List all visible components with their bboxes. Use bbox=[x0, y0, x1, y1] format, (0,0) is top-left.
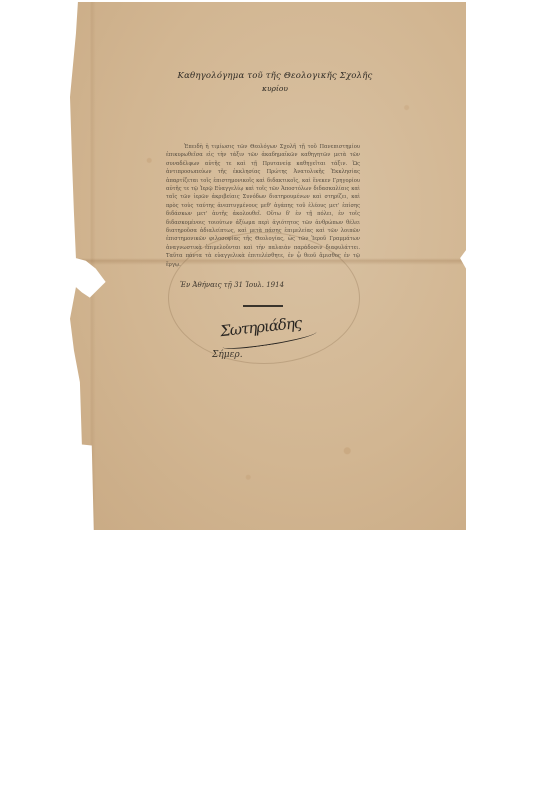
document-title: Καθηγολόγημα τοῦ τῆς Θεολογικῆς Σχολῆς bbox=[80, 71, 470, 81]
document-subtitle: κυρίου bbox=[80, 84, 470, 93]
signature-divider bbox=[243, 305, 283, 307]
document-body-text: Ἐπειδὴ ἡ τιμίωσις τῶν Θεολόγων Σχολῆ τῇ … bbox=[166, 143, 360, 269]
date-line: Ἐν Ἀθήναις τῇ 31 Ἰουλ. 1914 bbox=[180, 281, 284, 289]
signature-role: Σήμερ. bbox=[212, 350, 243, 360]
